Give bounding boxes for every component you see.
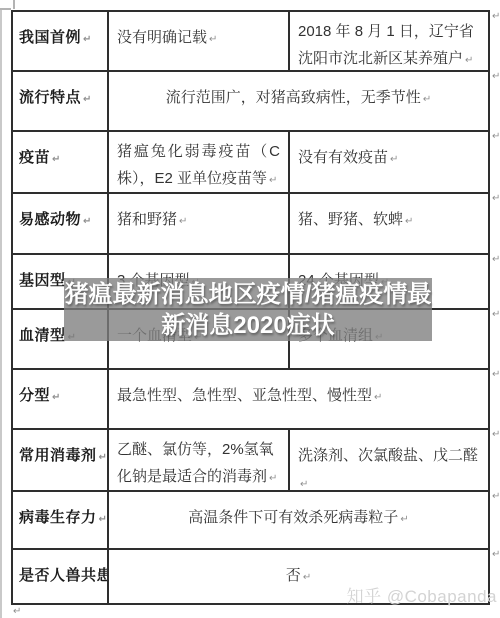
row-label: 易感动物↵ [13,192,107,253]
row-label-text: 分型 [19,387,50,404]
paragraph-mark-icon: ↵ [390,154,398,165]
row-label-text: 疫苗 [19,149,50,166]
row-label-text: 我国首例 [19,29,81,46]
table-cell: 流行范围广，对猪高致病性，无季节性↵ [107,70,488,130]
paragraph-mark-icon: ↵ [83,34,92,45]
table-cell: 最急性型、急性型、亚急性型、慢性型↵ [107,368,488,428]
page-edge-line [0,9,2,618]
headline-text: 猪瘟最新消息地区疫情/猪瘟疫情最新消息2020症状 [64,279,432,341]
paragraph-mark-icon: ↵ [300,479,308,490]
row-label-text: 血清型 [19,327,66,344]
cell-text: 2018 年 8 月 1 日，辽宁省沈阳市沈北新区某养殖户 [298,23,474,67]
table-cell: 猪、野猪、软蜱↵ [288,192,488,253]
row-label-text: 常用消毒剂 [19,447,97,464]
paragraph-mark-icon: ↵ [83,94,92,105]
row-end-mark-icon: ↵ [492,132,500,142]
row-label: 是否人兽共患↵ [13,548,107,603]
paragraph-mark-icon: ↵ [400,514,408,525]
row-end-mark-icon: ↵ [492,12,500,22]
row-end-mark-icon: ↵ [492,370,500,380]
cell-text: 没有有效疫苗 [298,149,388,166]
table-cell: 没有有效疫苗↵ [288,130,488,192]
page-corner-mark [0,8,11,10]
row-label: 流行特点↵ [13,70,107,130]
paragraph-mark-icon: ↵ [374,392,382,403]
row-label-text: 流行特点 [19,89,81,106]
row-label: 常用消毒剂↵ [13,428,107,490]
cell-text: 猪瘟兔化弱毒疫苗（C株），E2 亚单位疫苗等 [117,143,280,187]
table-cell: 洗涤剂、次氯酸盐、戊二醛↵ [288,428,488,490]
headline-overlay: 猪瘟最新消息地区疫情/猪瘟疫情最新消息2020症状 [64,278,432,341]
paragraph-mark-icon: ↵ [99,452,107,463]
row-end-mark-icon: ↵ [492,255,500,265]
cell-text: 没有明确记载 [117,29,207,46]
row-end-mark-icon: ↵ [492,72,500,82]
table-cell: 没有明确记载↵ [107,12,288,70]
row-label: 病毒生存力↵ [13,490,107,548]
cell-text: 猪、野猪、软蜱 [298,211,403,228]
paragraph-mark-icon: ↵ [83,216,92,227]
paragraph-mark-icon: ↵ [13,607,21,617]
row-label: 我国首例↵ [13,12,107,70]
cell-text: 否 [286,567,301,584]
paragraph-mark-icon: ↵ [269,473,277,484]
paragraph-mark-icon: ↵ [303,572,311,583]
paragraph-mark-icon: ↵ [52,392,61,403]
row-label: 分型↵ [13,368,107,428]
cell-text: 乙醚、氯仿等，2%氢氧化钠是最适合的消毒剂 [117,441,274,485]
paragraph-mark-icon: ↵ [99,514,107,525]
row-label-text: 基因型 [19,272,66,289]
row-end-mark-icon: ↵ [492,550,500,560]
row-label-text: 病毒生存力 [19,509,97,526]
table-cell: 猪瘟兔化弱毒疫苗（C株），E2 亚单位疫苗等↵ [107,130,288,192]
page-corner-mark [13,0,15,9]
table-cell: 猪和野猪↵ [107,192,288,253]
cell-text: 高温条件下可有效杀死病毒粒子 [188,509,398,526]
watermark: 知乎 @Cobapanda [347,582,497,607]
row-end-mark-icon: ↵ [492,310,500,320]
cell-text: 最急性型、急性型、亚急性型、慢性型 [117,387,372,404]
paragraph-mark-icon: ↵ [179,216,187,227]
table-cell: 2018 年 8 月 1 日，辽宁省沈阳市沈北新区某养殖户↵ [288,12,488,70]
paragraph-mark-icon: ↵ [209,34,217,45]
table-cell: 乙醚、氯仿等，2%氢氧化钠是最适合的消毒剂↵ [107,428,288,490]
row-end-mark-icon: ↵ [492,194,500,204]
cell-text: 猪和野猪 [117,211,177,228]
row-label: 疫苗↵ [13,130,107,192]
paragraph-mark-icon: ↵ [405,216,413,227]
table-cell: 高温条件下可有效杀死病毒粒子↵ [107,490,488,548]
cell-text: 洗涤剂、次氯酸盐、戊二醛 [298,447,478,464]
row-end-mark-icon: ↵ [492,492,500,502]
paragraph-mark-icon: ↵ [423,94,431,105]
paragraph-mark-icon: ↵ [269,175,277,186]
row-end-mark-icon: ↵ [492,430,500,440]
cell-text: 流行范围广，对猪高致病性，无季节性 [166,89,421,106]
row-label-text: 是否人兽共患 [19,567,107,584]
paragraph-mark-icon: ↵ [52,154,61,165]
row-label-text: 易感动物 [19,211,81,228]
paragraph-mark-icon: ↵ [465,55,473,66]
